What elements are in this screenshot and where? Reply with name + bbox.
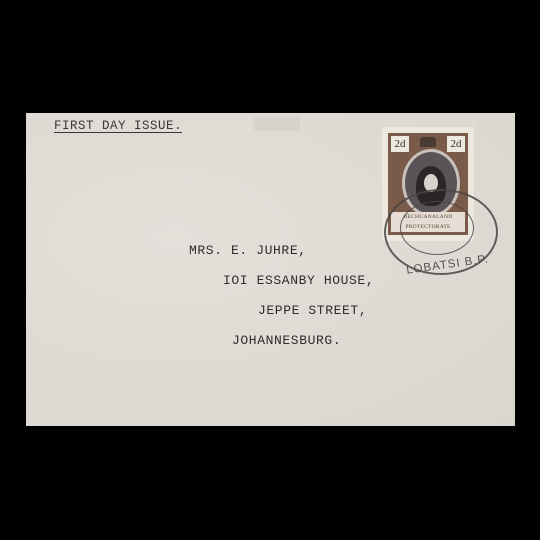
address-line-street: JEPPE STREET, [258, 303, 367, 318]
postmark-inner-ring [400, 201, 474, 255]
postmark: LOBATSI B.P. [384, 189, 498, 275]
address-line-name: MRS. E. JUHRE, [189, 243, 307, 258]
stamp-value-right: 2d [447, 136, 465, 152]
address-line-building: IOI ESSANBY HOUSE, [223, 273, 374, 288]
crown-icon [420, 137, 436, 147]
flap-mark [254, 117, 300, 131]
first-day-issue-heading: FIRST DAY ISSUE. [54, 119, 182, 133]
address-line-city: JOHANNESBURG. [232, 333, 341, 348]
stamp-value-left: 2d [391, 136, 409, 152]
envelope: FIRST DAY ISSUE. MRS. E. JUHRE, IOI ESSA… [26, 113, 515, 426]
postmark-location: LOBATSI B.P. [406, 253, 490, 276]
